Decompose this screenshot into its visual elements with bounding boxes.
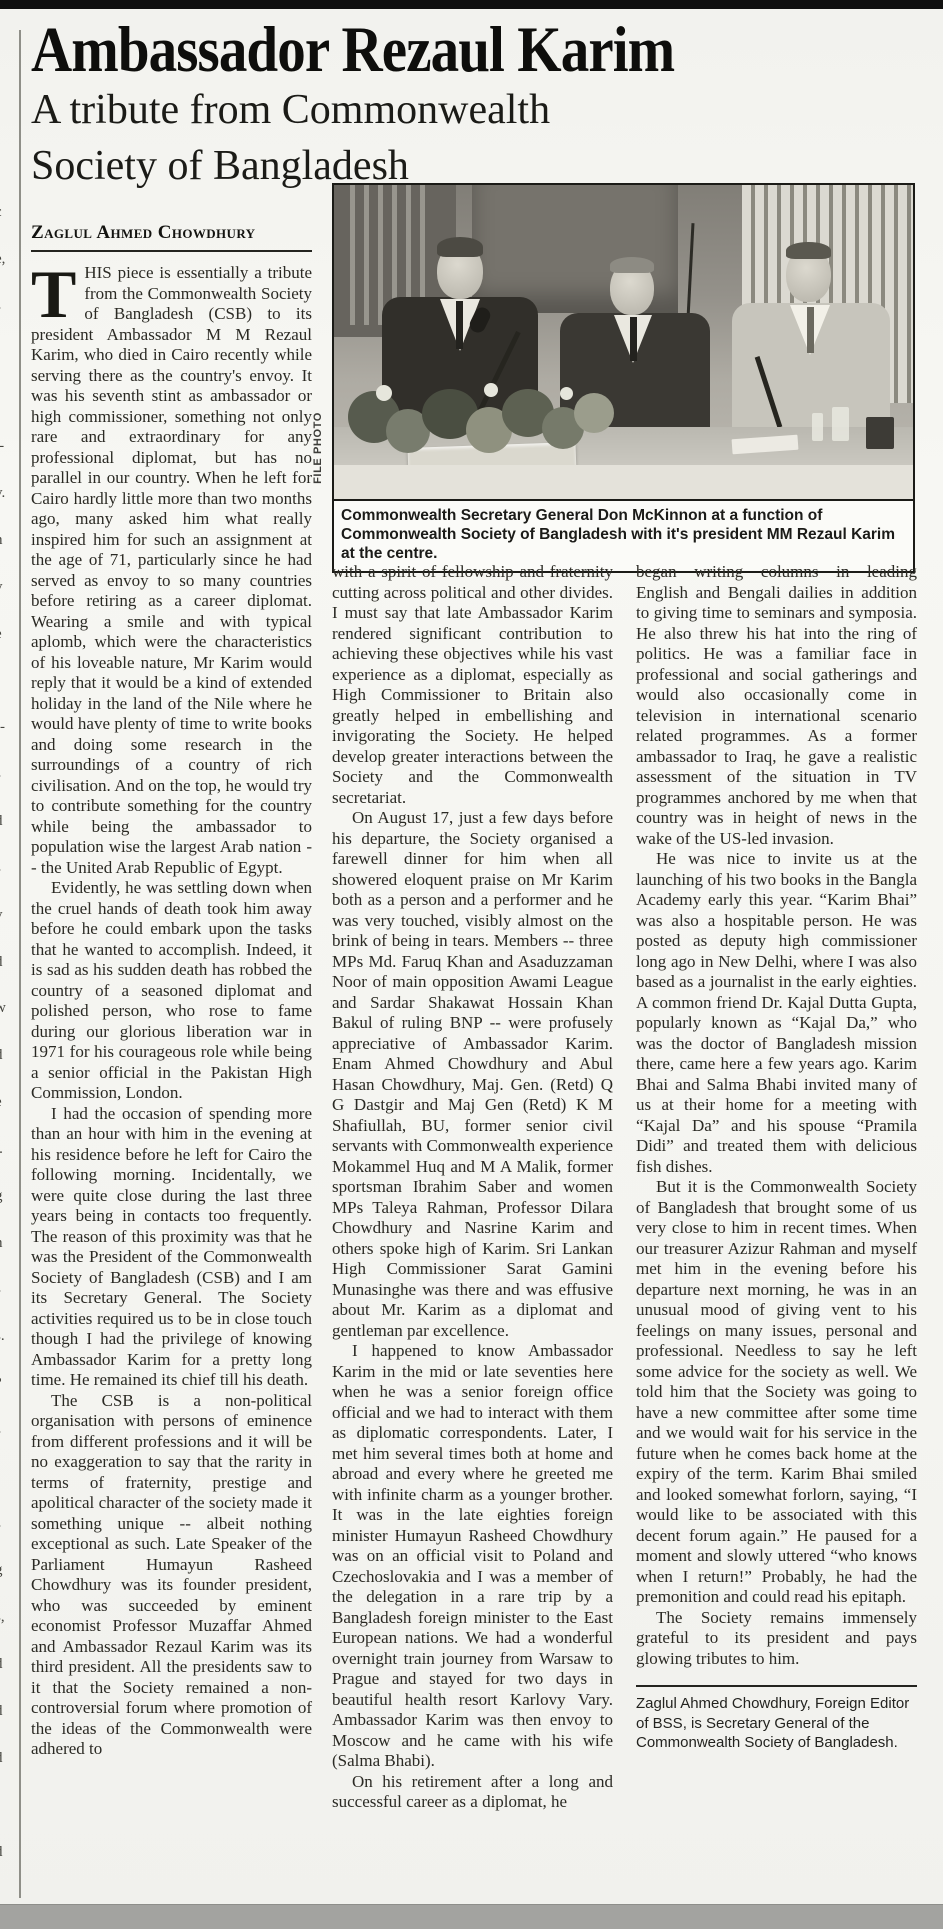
article-paragraph: But it is the Commonwealth Society of Ba… (636, 1177, 917, 1608)
byline-rule (31, 250, 312, 252)
photo-box: Commonwealth Secretary General Don McKin… (332, 183, 915, 573)
article-paragraph: Evidently, he was settling down when the… (31, 878, 312, 1104)
edge-letter: e (0, 627, 14, 642)
edge-letter: s (0, 1423, 14, 1438)
edge-letter: d (0, 814, 14, 829)
edge-letter: y. (0, 486, 14, 501)
photo-flowers (484, 383, 498, 397)
article-paragraph: with a spirit of fellowship and fraterni… (332, 562, 613, 808)
edge-letter: d (0, 1657, 14, 1672)
edge-letter: - (0, 1470, 14, 1485)
edge-letter: l (0, 1798, 14, 1813)
article-paragraph: I happened to know Ambassador Karim in t… (332, 1341, 613, 1772)
page-title: Ambassador Rezaul Karim (31, 16, 845, 85)
photo-person-center-hair (610, 257, 654, 273)
edge-letter: g (0, 1189, 14, 1204)
photo-flowers (560, 387, 573, 400)
photo-person-center-tie (630, 317, 637, 361)
paragraph-text: HIS piece is essentially a tribute from … (31, 263, 312, 877)
byline: Zaglul Ahmed Chowdhury (31, 222, 312, 244)
photo-illustration (334, 185, 913, 499)
edge-letter: y (0, 580, 14, 595)
edge-letter: f- (0, 720, 14, 735)
edge-letter: s (0, 1517, 14, 1532)
photo-person-right-hair (786, 242, 831, 259)
edge-letter: y (0, 908, 14, 923)
left-column-rule (19, 30, 21, 1898)
edge-letter: c (0, 205, 14, 220)
author-footnote: Zaglul Ahmed Chowdhury, Foreign Editor o… (636, 1685, 917, 1753)
edge-letter: d (0, 955, 14, 970)
edge-letter: s (0, 1282, 14, 1297)
edge-letter: l. (0, 1142, 14, 1157)
edge-letter: d (0, 1704, 14, 1719)
photo-credit: FILE PHOTO (312, 400, 324, 496)
subheadline: A tribute from Commonwealth Society of B… (31, 82, 916, 194)
edge-letter: n (0, 533, 14, 548)
masthead: Ambassador Rezaul Karim A tribute from C… (31, 16, 916, 194)
photo-person-right-tie (807, 307, 814, 353)
article-paragraph: began writing columns in leading English… (636, 562, 917, 849)
photo-pitcher (832, 407, 849, 441)
photo-flowers (376, 385, 392, 401)
article-column-2: with a spirit of fellowship and fraterni… (332, 562, 613, 1813)
subheadline-line-1: A tribute from Commonwealth (31, 82, 916, 138)
page-edge-artifacts: ce,stfl-y.nyeff-sdsydwdel.gnss.?s-sgs,dd… (0, 205, 14, 1860)
article-paragraph: I had the occasion of spending more than… (31, 1104, 312, 1391)
article-column-1: Zaglul Ahmed Chowdhury THIS piece is ess… (31, 222, 312, 1760)
edge-letter: g (0, 1563, 14, 1578)
top-black-bar (0, 0, 943, 9)
photo-flowers (574, 393, 614, 433)
edge-letter: e, (0, 252, 14, 267)
photo-person-left-tie (456, 301, 463, 349)
edge-letter: s (0, 767, 14, 782)
article-paragraph: THIS piece is essentially a tribute from… (31, 263, 312, 878)
edge-letter: ? (0, 1376, 14, 1391)
article-paragraph: He was nice to invite us at the launchin… (636, 849, 917, 1177)
article-paragraph: The CSB is a non-political organisation … (31, 1391, 312, 1760)
photo-tablecloth (334, 465, 913, 499)
edge-letter: d (0, 1845, 14, 1860)
bottom-gray-bar (0, 1904, 943, 1929)
photo-person-left-hair (437, 237, 483, 257)
edge-letter: d (0, 1751, 14, 1766)
edge-letter: e (0, 1095, 14, 1110)
photo-box-item (866, 417, 894, 449)
newspaper-page: ce,stfl-y.nyeff-sdsydwdel.gnss.?s-sgs,dd… (0, 0, 943, 1929)
edge-letter: f (0, 392, 14, 407)
article-paragraph: On his retirement after a long and succe… (332, 1772, 613, 1813)
article-paragraph: On August 17, just a few days before his… (332, 808, 613, 1341)
article-column-3: began writing columns in leading English… (636, 562, 917, 1753)
edge-letter: s (0, 861, 14, 876)
edge-letter: n (0, 1236, 14, 1251)
article-paragraph: The Society remains immensely grateful t… (636, 1608, 917, 1670)
drop-cap: T (31, 263, 84, 320)
edge-letter: s. (0, 1329, 14, 1344)
edge-letter: t (0, 346, 14, 361)
edge-letter: w (0, 1001, 14, 1016)
edge-letter: d (0, 1048, 14, 1063)
photo-caption: Commonwealth Secretary General Don McKin… (334, 499, 913, 571)
edge-letter: s (0, 299, 14, 314)
edge-letter: f (0, 673, 14, 688)
edge-letter: l- (0, 439, 14, 454)
photo-glass (812, 413, 823, 441)
edge-letter: s, (0, 1610, 14, 1625)
